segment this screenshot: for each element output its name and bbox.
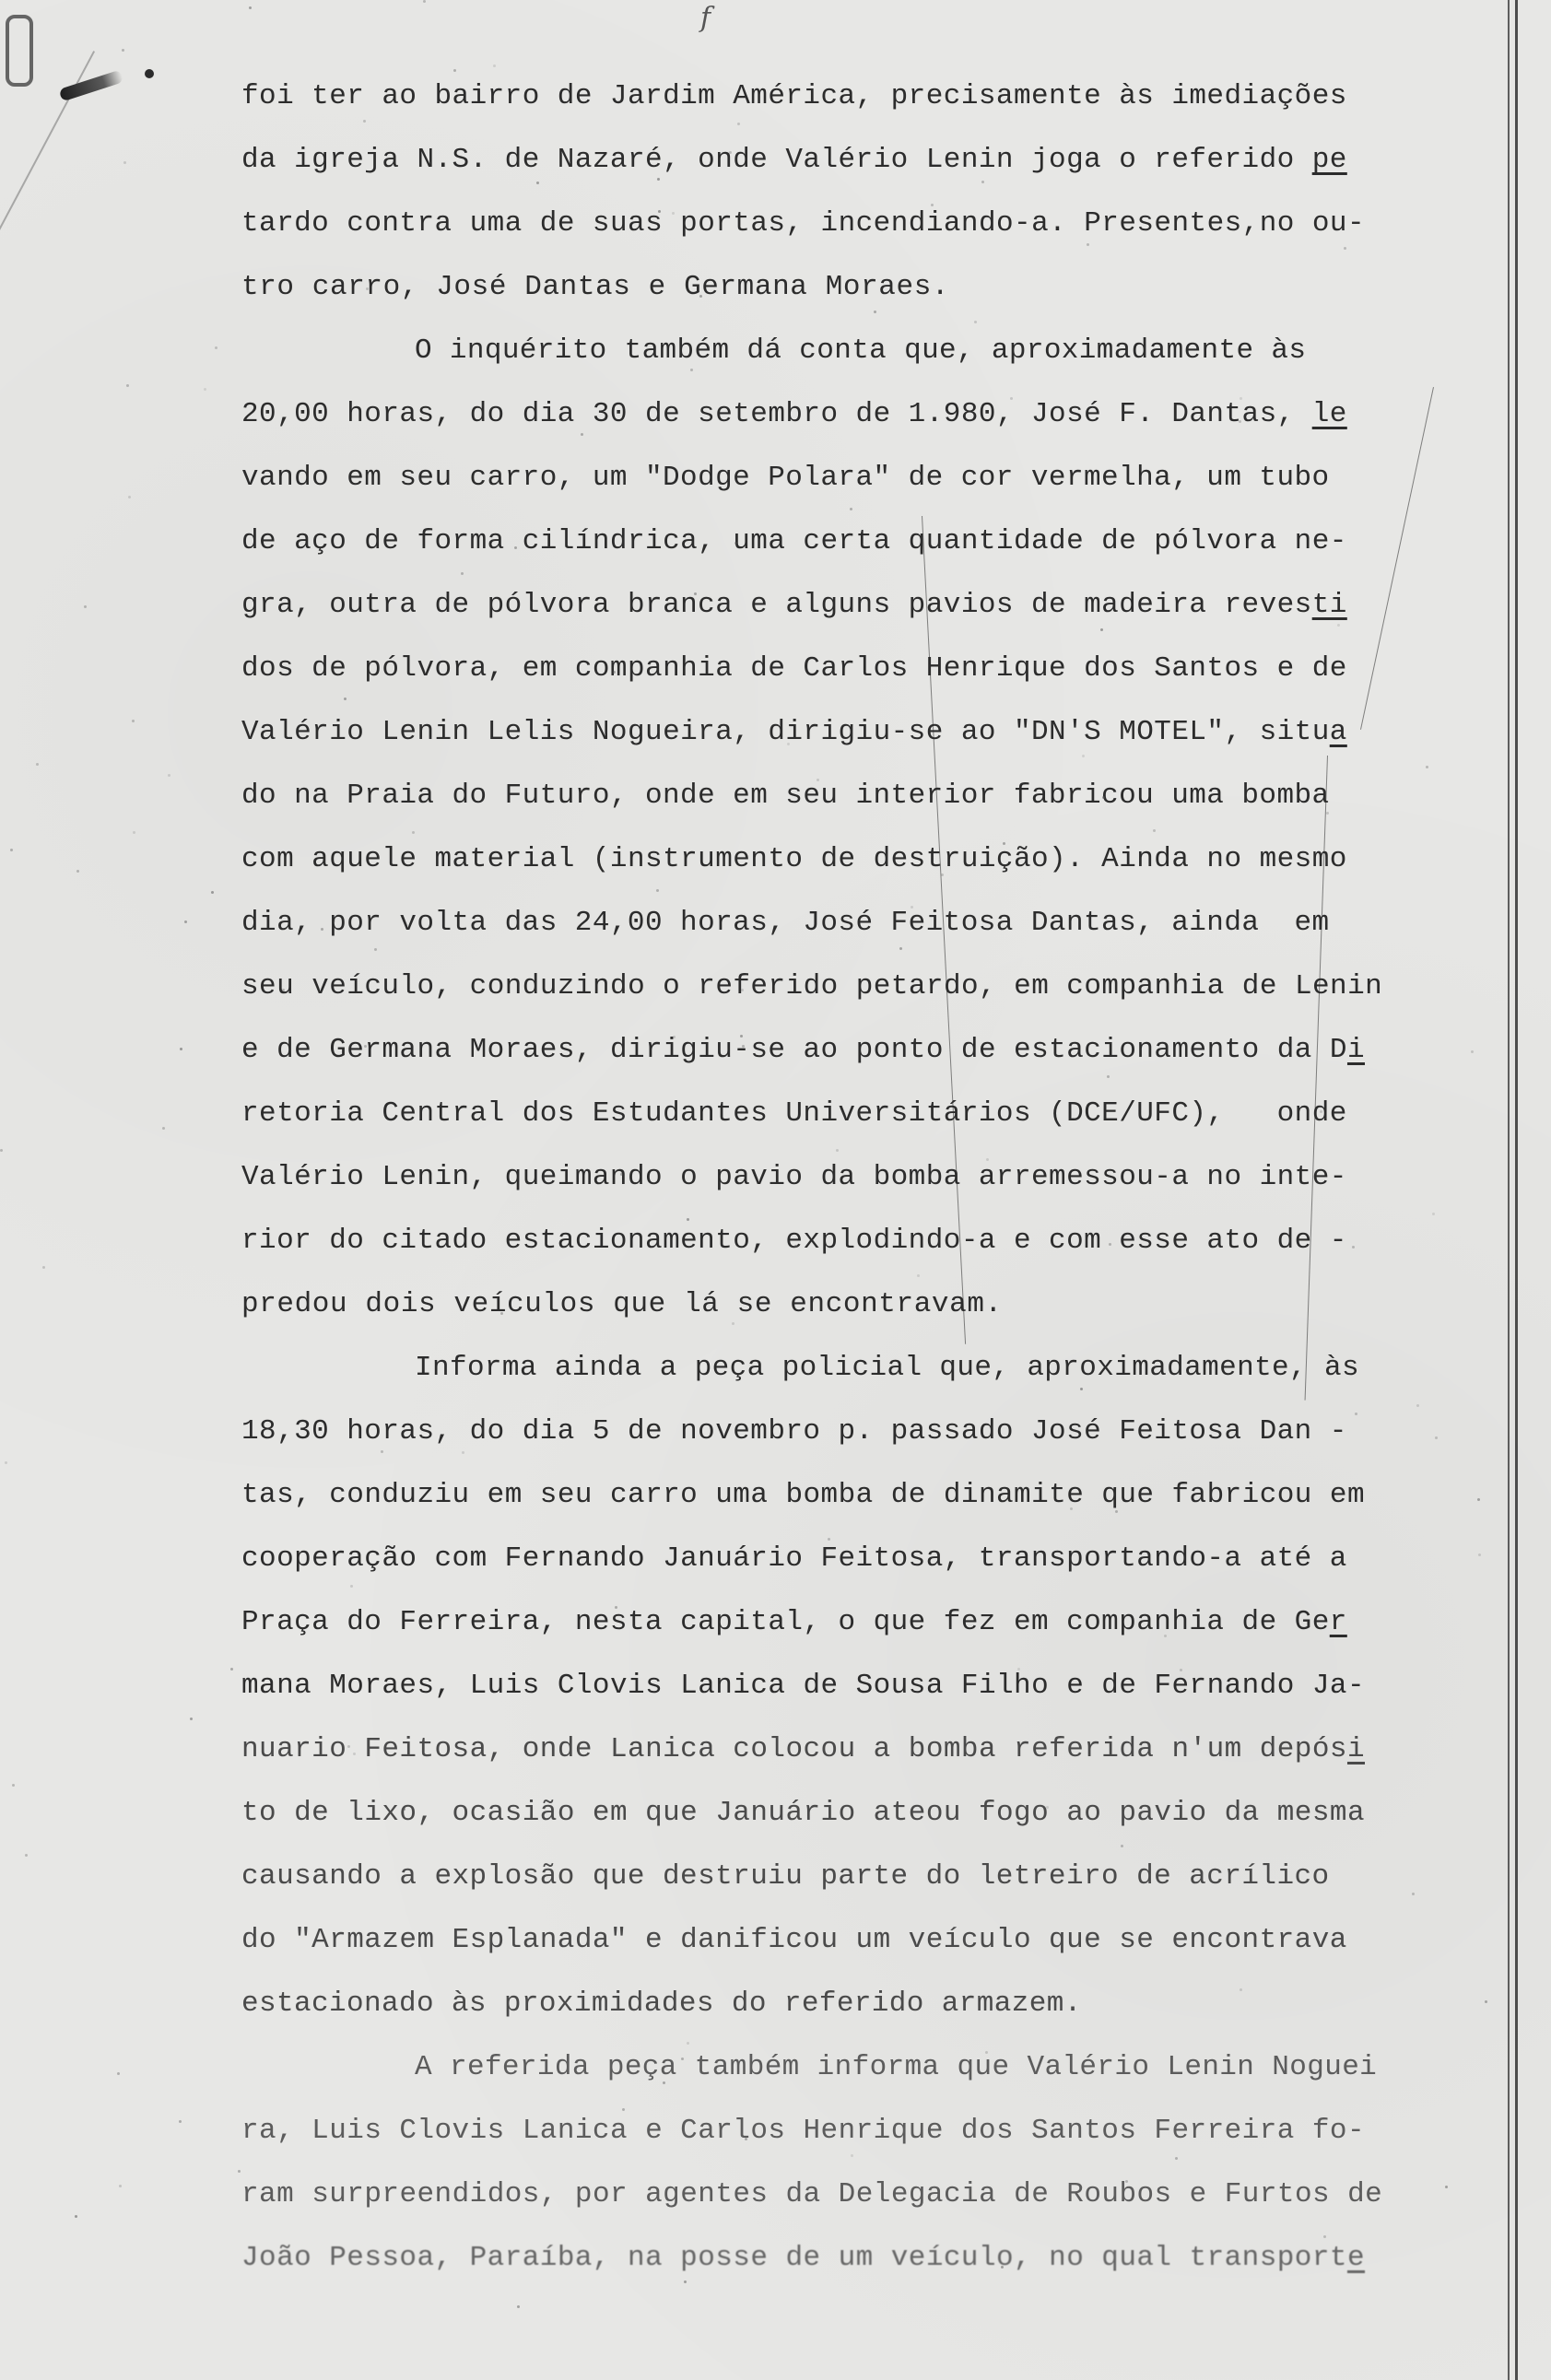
paper-speck (581, 433, 583, 436)
paper-speck (663, 2081, 665, 2084)
text-line: ra, Luis Clovis Lanica e Carlos Henrique… (241, 2108, 1476, 2172)
paper-speck (986, 1158, 989, 1161)
paper-speck (1046, 1806, 1049, 1809)
paper-speck (1337, 624, 1340, 627)
hyphenation-underline: r (1330, 1606, 1347, 1638)
paper-speck (622, 2108, 625, 2111)
paper-speck (817, 779, 819, 781)
paper-speck (36, 763, 39, 766)
text-line: de aço de forma cilíndrica, uma certa qu… (241, 519, 1476, 582)
text-line: rior do citado estacionamento, explodind… (241, 1218, 1476, 1282)
paper-speck (729, 151, 732, 154)
paper-speck (1070, 1507, 1073, 1510)
page-border-line (1508, 0, 1510, 2380)
line-text: do na Praia do Futuro, onde em seu inter… (241, 780, 1330, 812)
paper-speck (1412, 1893, 1415, 1895)
paper-speck (128, 496, 131, 498)
text-line: tardo contra uma de suas portas, incendi… (241, 201, 1476, 264)
text-line: seu veículo, conduzindo o referido petar… (241, 964, 1476, 1027)
handwritten-mark: f (700, 2, 711, 34)
paper-speck (423, 0, 426, 3)
text-line: gra, outra de pólvora branca e alguns pa… (241, 582, 1476, 646)
paper-speck (184, 920, 187, 923)
paper-speck (1125, 2180, 1128, 2183)
paper-speck (403, 1808, 405, 1811)
paper-speck (742, 1045, 745, 1048)
paper-speck (941, 873, 944, 876)
paper-speck (745, 2138, 747, 2140)
paper-speck (1240, 1988, 1242, 1991)
paper-speck (412, 831, 415, 834)
paper-speck (981, 181, 984, 183)
text-line: O inquérito também dá conta que, aproxim… (241, 328, 1476, 392)
paper-speck (364, 1045, 367, 1048)
text-line: do na Praia do Futuro, onde em seu inter… (241, 773, 1476, 837)
paper-speck (1087, 243, 1089, 246)
paper-speck (681, 2058, 684, 2060)
paper-speck (333, 920, 335, 922)
paper-speck (672, 212, 675, 215)
paper-speck (1100, 628, 1103, 631)
line-text: dos de pólvora, em companhia de Carlos H… (241, 652, 1347, 685)
line-text: rior do citado estacionamento, explodind… (241, 1225, 1347, 1257)
paper-speck (123, 161, 126, 164)
paper-speck (1320, 1110, 1322, 1113)
text-line: 20,00 horas, do dia 30 de setembro de 1.… (241, 392, 1476, 455)
paper-speck (190, 1718, 193, 1720)
paper-speck (620, 1173, 623, 1176)
line-text: mana Moraes, Luis Clovis Lanica de Sousa… (241, 1670, 1365, 1702)
paper-speck (1153, 829, 1156, 832)
text-line: tas, conduziu em seu carro uma bomba de … (241, 1472, 1476, 1536)
paper-speck (1323, 2235, 1326, 2238)
paper-speck (1003, 662, 1005, 664)
paper-speck (1010, 397, 1013, 400)
paper-speck (1289, 1040, 1292, 1043)
line-text: seu veículo, conduzindo o referido petar… (241, 970, 1382, 1002)
text-line: Valério Lenin Lelis Nogueira, dirigiu-se… (241, 709, 1476, 773)
paper-speck (179, 2120, 182, 2123)
paper-speck (117, 2072, 120, 2075)
paper-speck (215, 346, 217, 349)
paper-speck (363, 120, 366, 123)
paper-speck (122, 49, 124, 52)
paper-speck (1432, 1213, 1435, 1215)
paper-speck (1121, 1845, 1123, 1847)
paper-speck (162, 1127, 165, 1130)
paper-speck (42, 1266, 45, 1269)
paper-speck (1107, 1075, 1110, 1078)
paper-speck (1239, 420, 1241, 423)
paper-speck (350, 1585, 353, 1588)
paper-speck (974, 321, 977, 323)
text-line: do "Armazem Esplanada" e danificou um ve… (241, 1917, 1476, 1981)
typed-text-body: foi ter ao bairro de Jardim América, pre… (241, 74, 1476, 2299)
line-text: foi ter ao bairro de Jardim América, pre… (241, 80, 1347, 112)
paper-speck (740, 1035, 743, 1038)
paper-speck (25, 1854, 28, 1857)
paper-speck (1102, 796, 1105, 799)
paper-speck (828, 1538, 830, 1541)
text-line: A referida peça também informa que Valér… (241, 2045, 1476, 2108)
line-text: 20,00 horas, do dia 30 de setembro de 1.… (241, 398, 1312, 430)
line-text: A referida peça também informa que Valér… (415, 2051, 1377, 2083)
paper-speck (1445, 2186, 1448, 2188)
text-line: retoria Central dos Estudantes Universit… (241, 1091, 1476, 1155)
paper-speck (204, 388, 206, 391)
paper-speck (353, 1753, 356, 1755)
line-text: ram surpreendidos, por agentes da Delega… (241, 2178, 1382, 2210)
paper-speck (1082, 755, 1085, 757)
text-line: causando a explosão que destruiu parte d… (241, 1854, 1476, 1917)
paper-speck (1477, 1498, 1480, 1501)
line-text: Informa ainda a peça policial que, aprox… (415, 1352, 1359, 1384)
paper-speck (514, 546, 517, 549)
paper-speck (1130, 157, 1133, 159)
paper-speck (657, 178, 660, 181)
hyphenation-underline: e (1347, 2242, 1365, 2274)
line-text: O inquérito também dá conta que, aproxim… (415, 334, 1306, 367)
paper-speck (1355, 1413, 1357, 1415)
paper-speck (690, 369, 693, 371)
paper-speck (737, 123, 740, 125)
paper-speck (615, 1606, 617, 1609)
line-text: ra, Luis Clovis Lanica e Carlos Henrique… (241, 2115, 1365, 2147)
line-text: João Pessoa, Paraíba, na posse de um veí… (241, 2242, 1347, 2274)
paper-speck (347, 1745, 350, 1748)
paper-speck (851, 2154, 853, 2157)
text-line: ram surpreendidos, por agentes da Delega… (241, 2172, 1476, 2235)
paper-speck (1426, 766, 1428, 768)
paper-speck (1017, 1668, 1020, 1671)
paper-speck (374, 948, 377, 951)
paper-speck (84, 605, 87, 608)
hyphenation-underline: le (1312, 398, 1347, 430)
paper-speck (75, 2215, 77, 2218)
paper-speck (344, 698, 347, 700)
paper-speck (794, 1245, 797, 1248)
line-text: 18,30 horas, do dia 5 de novembro p. pas… (241, 1415, 1347, 1448)
scanned-page: f foi ter ao bairro de Jardim América, p… (0, 0, 1551, 2380)
paper-speck (1180, 1669, 1182, 1671)
paper-speck (1344, 247, 1346, 250)
line-text: com aquele material (instrumento de dest… (241, 843, 1347, 875)
text-line: da igreja N.S. de Nazaré, onde Valério L… (241, 137, 1476, 201)
text-line: e de Germana Moraes, dirigiu-se ao ponto… (241, 1027, 1476, 1091)
text-line: estacionado às proximidades do referido … (241, 1981, 1476, 2045)
line-text: do "Armazem Esplanada" e danificou um ve… (241, 1924, 1347, 1956)
paper-speck (536, 182, 539, 184)
paper-speck (126, 384, 129, 387)
paper-speck (732, 1322, 734, 1325)
hyphenation-underline: pe (1312, 144, 1347, 176)
line-text: dia, por volta das 24,00 horas, José Fei… (241, 907, 1330, 939)
text-line: cooperação com Fernando Januário Feitosa… (241, 1536, 1476, 1600)
line-text: predou dois veículos que lá se encontrav… (241, 1288, 1003, 1320)
paper-speck (517, 2305, 520, 2308)
hyphenation-underline: i (1347, 1034, 1365, 1066)
paper-speck (694, 592, 697, 595)
paper-speck (321, 928, 323, 931)
paper-speck (500, 1312, 503, 1315)
line-text: retoria Central dos Estudantes Universit… (241, 1097, 1347, 1130)
paper-speck (10, 849, 13, 851)
paper-speck (282, 989, 285, 991)
text-line: mana Moraes, Luis Clovis Lanica de Sousa… (241, 1663, 1476, 1727)
line-text: da igreja N.S. de Nazaré, onde Valério L… (241, 144, 1312, 176)
paper-speck (911, 906, 913, 909)
text-line: predou dois veículos que lá se encontrav… (241, 1282, 1476, 1345)
paper-speck (1478, 1553, 1481, 1556)
line-text: tardo contra uma de suas portas, incendi… (241, 207, 1365, 240)
line-text: Praça do Ferreira, nesta capital, o que … (241, 1606, 1330, 1638)
line-text: nuario Feitosa, onde Lanica colocou a bo… (241, 1733, 1347, 1765)
paper-speck (1109, 1243, 1111, 1246)
hyphenation-underline: a (1330, 716, 1347, 748)
paper-speck (656, 889, 659, 892)
paper-speck (462, 1451, 464, 1454)
text-line: 18,30 horas, do dia 5 de novembro p. pas… (241, 1409, 1476, 1472)
line-text: tas, conduziu em seu carro uma bomba de … (241, 1479, 1365, 1511)
paper-speck (1080, 1388, 1083, 1390)
paper-speck (493, 64, 496, 67)
paper-speck (133, 831, 135, 834)
paper-speck (238, 2170, 241, 2173)
paper-speck (874, 311, 876, 313)
paper-speck (5, 1461, 7, 1464)
text-line: tro carro, José Dantas e Germana Moraes. (241, 264, 1476, 328)
text-line: Informa ainda a peça policial que, aprox… (241, 1345, 1476, 1409)
paper-speck (168, 774, 170, 777)
line-text: to de lixo, ocasião em que Januário ateo… (241, 1797, 1365, 1829)
line-text: gra, outra de pólvora branca e alguns pa… (241, 589, 1312, 621)
hyphenation-underline: i (1347, 1733, 1365, 1765)
line-text: estacionado às proximidades do referido … (241, 1987, 1082, 2020)
paper-speck (985, 2051, 988, 2054)
paper-speck (76, 870, 79, 873)
paper-speck (734, 542, 737, 545)
folded-corner-edge (0, 0, 95, 865)
paper-speck (1115, 1510, 1118, 1513)
text-line: to de lixo, ocasião em que Januário ateo… (241, 1790, 1476, 1854)
paper-speck (453, 69, 456, 72)
page-border-line (1515, 0, 1518, 2380)
paper-speck (1416, 1404, 1419, 1407)
line-text: de aço de forma cilíndrica, uma certa qu… (241, 525, 1347, 557)
text-line: vando em seu carro, um "Dodge Polara" de… (241, 455, 1476, 519)
text-line: com aquele material (instrumento de dest… (241, 837, 1476, 900)
hyphenation-underline: ti (1312, 589, 1347, 621)
paper-speck (741, 989, 744, 991)
text-line: nuario Feitosa, onde Lanica colocou a bo… (241, 1727, 1476, 1790)
line-text: e de Germana Moraes, dirigiu-se ao ponto… (241, 1034, 1347, 1066)
text-line: dia, por volta das 24,00 horas, José Fei… (241, 900, 1476, 964)
paper-speck (1435, 1436, 1438, 1439)
paper-speck (1471, 1050, 1474, 1053)
paper-speck (836, 1149, 839, 1152)
paper-speck (1326, 812, 1329, 815)
line-text: Valério Lenin Lelis Nogueira, dirigiu-se… (241, 716, 1330, 748)
paper-speck (119, 2185, 122, 2187)
paper-speck (699, 295, 702, 298)
paper-speck (658, 210, 661, 213)
paper-speck (1485, 2000, 1487, 2003)
paper-speck (1240, 397, 1242, 400)
paper-speck (249, 6, 252, 9)
paper-speck (132, 720, 135, 722)
text-line: João Pessoa, Paraíba, na posse de um veí… (241, 2235, 1476, 2299)
line-text: Valério Lenin, queimando o pavio da bomb… (241, 1161, 1347, 1193)
paper-speck (366, 287, 369, 290)
ink-dot (145, 69, 154, 78)
line-text: tro carro, José Dantas e Germana Moraes. (241, 271, 949, 303)
paper-speck (684, 2280, 687, 2283)
line-text: causando a explosão que destruiu parte d… (241, 1860, 1330, 1893)
paper-speck (613, 671, 616, 674)
paper-speck (0, 1149, 3, 1152)
staple-mark (6, 15, 33, 87)
paper-speck (899, 947, 902, 950)
paper-speck (211, 891, 214, 894)
paper-speck (687, 2042, 689, 2045)
text-line: Valério Lenin, queimando o pavio da bomb… (241, 1155, 1476, 1218)
text-line: Praça do Ferreira, nesta capital, o que … (241, 1600, 1476, 1663)
paper-speck (381, 1450, 383, 1453)
paper-speck (917, 1274, 920, 1277)
paper-speck (1164, 1635, 1167, 1637)
text-line: dos de pólvora, em companhia de Carlos H… (241, 646, 1476, 709)
paper-speck (616, 736, 618, 739)
paper-speck (673, 1036, 676, 1038)
paper-speck (1003, 842, 1005, 845)
paper-speck (850, 508, 852, 510)
paper-speck (687, 1218, 689, 1221)
line-text: vando em seu carro, um "Dodge Polara" de… (241, 462, 1330, 494)
line-text: cooperação com Fernando Januário Feitosa… (241, 1542, 1347, 1575)
paper-speck (12, 1784, 15, 1787)
paper-speck (787, 743, 790, 745)
paper-speck (180, 1048, 182, 1050)
text-line: foi ter ao bairro de Jardim América, pre… (241, 74, 1476, 137)
paper-speck (230, 1668, 233, 1671)
paper-speck (1352, 1246, 1355, 1249)
paper-speck (1001, 2266, 1004, 2269)
paper-speck (931, 204, 934, 206)
paper-speck (461, 572, 464, 575)
paper-speck (1175, 2157, 1178, 2160)
